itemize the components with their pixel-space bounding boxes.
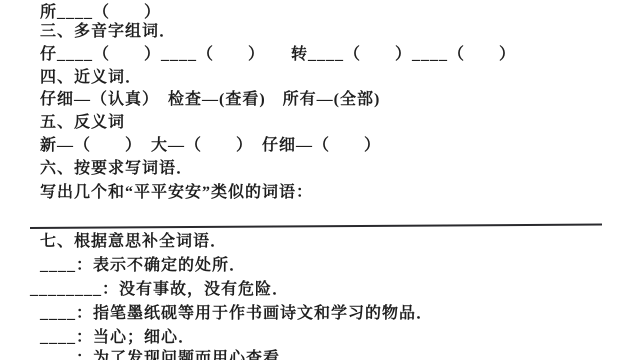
line-antonym-blanks: 新—（ ） 大—（ ） 仔细—（ ） [40, 136, 381, 155]
line-duoyinzi-blanks: 仔____（ ）____（ ） 转____（ ）____（ ） [40, 45, 516, 64]
line-fill-blank-suo: 所____（ ） [40, 3, 161, 22]
heading-section-3-duoyinzi: 三、多音字组词． [40, 22, 176, 41]
line-definition-4: ____：当心；细心． [40, 328, 195, 347]
line-synonym-pairs: 仔细—（认真） 检查—(查看) 所有—(全部) [40, 90, 380, 109]
line-write-words-prompt: 写出几个和“平平安安”类似的词语： [40, 183, 313, 202]
section-divider [30, 224, 602, 229]
line-definition-3: ____：指笔墨纸砚等用于作书画诗文和学习的物品． [40, 304, 433, 323]
heading-section-5-antonyms: 五、反义词 [40, 113, 125, 132]
line-definition-1: ____：表示不确定的处所． [40, 256, 246, 275]
line-definition-2: ________：没有事故，没有危险． [30, 280, 289, 299]
worksheet-page: 所____（ ） 三、多音字组词． 仔____（ ）____（ ） 转____（… [0, 0, 640, 360]
heading-section-4-synonyms: 四、近义词． [40, 68, 142, 87]
heading-section-6-write-words: 六、按要求写词语． [40, 159, 193, 178]
line-definition-5-clipped: ____：为了发现问题而用心查看 [40, 349, 280, 360]
heading-section-7-complete-words: 七、根据意思补全词语． [40, 232, 227, 251]
